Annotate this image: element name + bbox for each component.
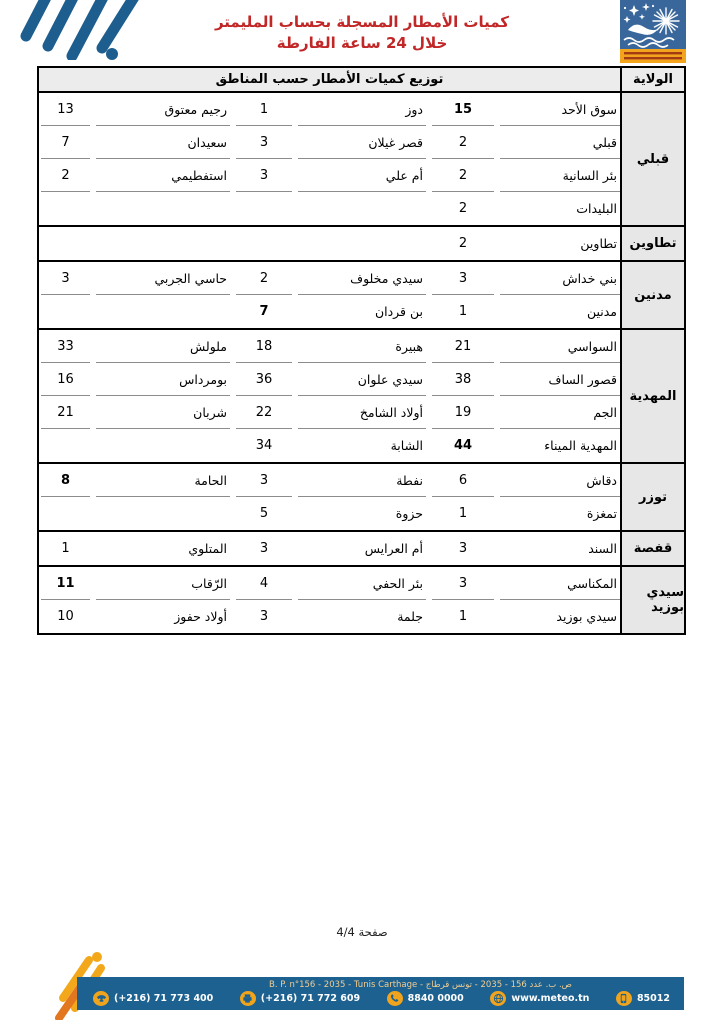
region-name-cell: سيدي علوان [298, 363, 426, 396]
region-name-cell [298, 192, 426, 225]
table-row: سيدي بوزيد1جلمة3أولاد حفوز10 [39, 600, 620, 633]
fax-icon [240, 991, 256, 1006]
rain-value-cell [236, 227, 292, 260]
region-name-cell: بئر الحفي [298, 567, 426, 600]
region-name-cell: قصر غيلان [298, 126, 426, 159]
rain-value-cell: 4 [236, 567, 292, 600]
region-name-cell: بئر السانية [500, 159, 620, 192]
rain-value-cell: 2 [41, 159, 90, 192]
rain-value-cell: 10 [41, 600, 90, 633]
table-row: بئر السانية2أم علي3استفطيمي2 [39, 159, 620, 192]
mobile-icon [616, 991, 632, 1006]
rain-value-cell: 22 [236, 396, 292, 429]
rain-value-cell: 38 [432, 363, 494, 396]
rain-value-cell: 18 [236, 330, 292, 363]
group-rows: دقاش6نفطة3الحامة8تمغزة1حزوة5 [39, 464, 620, 530]
group-rows: بني خداش3سيدي مخلوف2حاسي الجربي3مدنين1بن… [39, 262, 620, 328]
table-row: البليدات2 [39, 192, 620, 225]
inm-emblem-logo [620, 0, 686, 63]
region-name-cell: جلمة [298, 600, 426, 633]
region-name-cell: قبلي [500, 126, 620, 159]
contact-label: www.meteo.tn [511, 993, 589, 1004]
rain-value-cell: 1 [41, 532, 90, 565]
table-row: السند3أم العرايس3المتلوي1 [39, 532, 620, 565]
report-title-line1: كميات الأمطار المسجلة بحساب المليمتر [140, 12, 584, 33]
table-row: بني خداش3سيدي مخلوف2حاسي الجربي3 [39, 262, 620, 295]
governorate-cell: تطاوين [620, 227, 684, 260]
region-name-cell [96, 295, 230, 328]
region-name-cell [96, 192, 230, 225]
region-name-cell [298, 227, 426, 260]
region-name-cell: المكناسي [500, 567, 620, 600]
region-name-cell: أولاد حفوز [96, 600, 230, 633]
governorate-group: قفصةالسند3أم العرايس3المتلوي1 [39, 530, 684, 565]
rain-value-cell: 3 [236, 464, 292, 497]
inm-emblem-icon [620, 0, 686, 63]
rain-value-cell [236, 192, 292, 225]
governorate-group: تطاوينتطاوين2 [39, 225, 684, 260]
rain-value-cell: 5 [236, 497, 292, 530]
rain-value-cell: 3 [41, 262, 90, 295]
contact-item: 8840 0000 [387, 991, 464, 1006]
table-header-row: الولاية توزيع كميات الأمطار حسب المناطق [39, 68, 684, 91]
governorate-cell: مدنين [620, 262, 684, 328]
rain-value-cell: 6 [432, 464, 494, 497]
rain-value-cell: 21 [432, 330, 494, 363]
governorate-group: سيدي بوزيدالمكناسي3بئر الحفي4الرّقاب11سي… [39, 565, 684, 633]
rain-value-cell: 44 [432, 429, 494, 462]
rain-value-cell: 1 [432, 295, 494, 328]
rain-value-cell: 3 [432, 262, 494, 295]
region-name-cell: بني خداش [500, 262, 620, 295]
rain-value-cell: 7 [41, 126, 90, 159]
region-name-cell: السند [500, 532, 620, 565]
contact-item: 85012 [616, 991, 670, 1006]
rain-value-cell: 33 [41, 330, 90, 363]
governorate-cell: المهدية [620, 330, 684, 462]
footer-address: B. P. n°156 - 2035 - Tunis Carthage - ص.… [167, 980, 674, 990]
group-rows: السند3أم العرايس3المتلوي1 [39, 532, 620, 565]
region-name-cell: دقاش [500, 464, 620, 497]
region-name-cell: حاسي الجربي [96, 262, 230, 295]
rain-value-cell [41, 295, 90, 328]
handset-icon [387, 991, 403, 1006]
region-name-cell: السواسي [500, 330, 620, 363]
phone-icon [93, 991, 109, 1006]
rain-value-cell: 2 [432, 227, 494, 260]
table-row: المهدية الميناء44الشابة34 [39, 429, 620, 462]
rain-value-cell: 7 [236, 295, 292, 328]
region-name-cell: استفطيمي [96, 159, 230, 192]
document-page: كميات الأمطار المسجلة بحساب المليمتر خلا… [0, 0, 724, 1024]
region-name-cell: المتلوي [96, 532, 230, 565]
footer-contacts: (+216) 71 773 400(+216) 71 772 6098840 0… [93, 991, 670, 1006]
region-name-cell: نفطة [298, 464, 426, 497]
table-row: قصور الساف38سيدي علوان36بومرداس16 [39, 363, 620, 396]
table-body: قبليسوق الأحد15دوز1رجيم معتوق13قبلي2قصر … [39, 91, 684, 633]
rain-value-cell: 1 [236, 93, 292, 126]
rain-value-cell: 34 [236, 429, 292, 462]
region-name-cell: سوق الأحد [500, 93, 620, 126]
rain-value-cell [41, 429, 90, 462]
table-row: تطاوين2 [39, 227, 620, 260]
rain-value-cell: 13 [41, 93, 90, 126]
report-title-line2: خلال 24 ساعة الفارطة [140, 33, 584, 54]
page-number-label: صفحة 4/4 [0, 925, 724, 939]
rain-value-cell: 3 [432, 532, 494, 565]
contact-item: www.meteo.tn [490, 991, 589, 1006]
table-row: دقاش6نفطة3الحامة8 [39, 464, 620, 497]
region-name-cell: هبيرة [298, 330, 426, 363]
rain-value-cell: 1 [432, 600, 494, 633]
region-name-cell: شربان [96, 396, 230, 429]
table-row: تمغزة1حزوة5 [39, 497, 620, 530]
governorate-cell: قبلي [620, 93, 684, 225]
rain-value-cell: 11 [41, 567, 90, 600]
table-row: السواسي21هبيرة18ملولش33 [39, 330, 620, 363]
rain-value-cell: 8 [41, 464, 90, 497]
governorate-cell: قفصة [620, 532, 684, 565]
governorate-group: قبليسوق الأحد15دوز1رجيم معتوق13قبلي2قصر … [39, 91, 684, 225]
table-row: الجم19أولاد الشامخ22شربان21 [39, 396, 620, 429]
region-name-cell: دوز [298, 93, 426, 126]
governorate-cell: توزر [620, 464, 684, 530]
rain-value-cell: 3 [236, 600, 292, 633]
region-name-cell: حزوة [298, 497, 426, 530]
rain-value-cell: 1 [432, 497, 494, 530]
regions-column-header: توزيع كميات الأمطار حسب المناطق [39, 68, 620, 91]
governorate-group: توزردقاش6نفطة3الحامة8تمغزة1حزوة5 [39, 462, 684, 530]
region-name-cell: الحامة [96, 464, 230, 497]
region-name-cell: الرّقاب [96, 567, 230, 600]
region-name-cell [96, 227, 230, 260]
region-name-cell [96, 497, 230, 530]
rain-value-cell [41, 192, 90, 225]
region-name-cell: سعيدان [96, 126, 230, 159]
rain-value-cell [41, 497, 90, 530]
rain-streaks-icon [20, 0, 140, 60]
region-name-cell [96, 429, 230, 462]
rain-value-cell: 16 [41, 363, 90, 396]
rain-value-cell: 3 [236, 159, 292, 192]
rain-value-cell: 19 [432, 396, 494, 429]
region-name-cell: سيدي بوزيد [500, 600, 620, 633]
group-rows: المكناسي3بئر الحفي4الرّقاب11سيدي بوزيد1ج… [39, 567, 620, 633]
contact-label: (+216) 71 773 400 [114, 993, 213, 1004]
table-row: المكناسي3بئر الحفي4الرّقاب11 [39, 567, 620, 600]
region-name-cell: المهدية الميناء [500, 429, 620, 462]
region-name-cell: رجيم معتوق [96, 93, 230, 126]
region-name-cell: أم علي [298, 159, 426, 192]
rain-value-cell: 2 [432, 192, 494, 225]
region-name-cell: تمغزة [500, 497, 620, 530]
rain-streaks-logo [20, 0, 140, 60]
contact-label: 8840 0000 [408, 993, 464, 1004]
rain-value-cell: 2 [432, 126, 494, 159]
group-rows: تطاوين2 [39, 227, 620, 260]
rain-value-cell: 15 [432, 93, 494, 126]
contact-label: (+216) 71 772 609 [261, 993, 360, 1004]
table-row: مدنين1بن قردان7 [39, 295, 620, 328]
region-name-cell: الشابة [298, 429, 426, 462]
group-rows: السواسي21هبيرة18ملولش33قصور الساف38سيدي … [39, 330, 620, 462]
rainfall-table: الولاية توزيع كميات الأمطار حسب المناطق … [37, 66, 686, 635]
contact-item: (+216) 71 773 400 [93, 991, 213, 1006]
governorate-column-header: الولاية [620, 68, 684, 91]
region-name-cell: أم العرايس [298, 532, 426, 565]
region-name-cell: الجم [500, 396, 620, 429]
region-name-cell: تطاوين [500, 227, 620, 260]
table-row: سوق الأحد15دوز1رجيم معتوق13 [39, 93, 620, 126]
region-name-cell: سيدي مخلوف [298, 262, 426, 295]
rain-value-cell: 3 [236, 532, 292, 565]
rain-value-cell: 21 [41, 396, 90, 429]
region-name-cell: البليدات [500, 192, 620, 225]
rain-value-cell: 2 [236, 262, 292, 295]
group-rows: سوق الأحد15دوز1رجيم معتوق13قبلي2قصر غيلا… [39, 93, 620, 225]
rain-value-cell: 3 [432, 567, 494, 600]
region-name-cell: بن قردان [298, 295, 426, 328]
rain-value-cell: 36 [236, 363, 292, 396]
region-name-cell: بومرداس [96, 363, 230, 396]
table-row: قبلي2قصر غيلان3سعيدان7 [39, 126, 620, 159]
rain-value-cell: 3 [236, 126, 292, 159]
governorate-cell: سيدي بوزيد [620, 567, 684, 633]
footer-bar: B. P. n°156 - 2035 - Tunis Carthage - ص.… [77, 977, 684, 1010]
report-title: كميات الأمطار المسجلة بحساب المليمتر خلا… [140, 12, 584, 54]
contact-label: 85012 [637, 993, 670, 1004]
contact-item: (+216) 71 772 609 [240, 991, 360, 1006]
rain-value-cell: 2 [432, 159, 494, 192]
governorate-group: المهديةالسواسي21هبيرة18ملولش33قصور الساف… [39, 328, 684, 462]
globe-icon [490, 991, 506, 1006]
region-name-cell: ملولش [96, 330, 230, 363]
rain-value-cell [41, 227, 90, 260]
region-name-cell: قصور الساف [500, 363, 620, 396]
region-name-cell: أولاد الشامخ [298, 396, 426, 429]
governorate-group: مدنينبني خداش3سيدي مخلوف2حاسي الجربي3مدن… [39, 260, 684, 328]
region-name-cell: مدنين [500, 295, 620, 328]
